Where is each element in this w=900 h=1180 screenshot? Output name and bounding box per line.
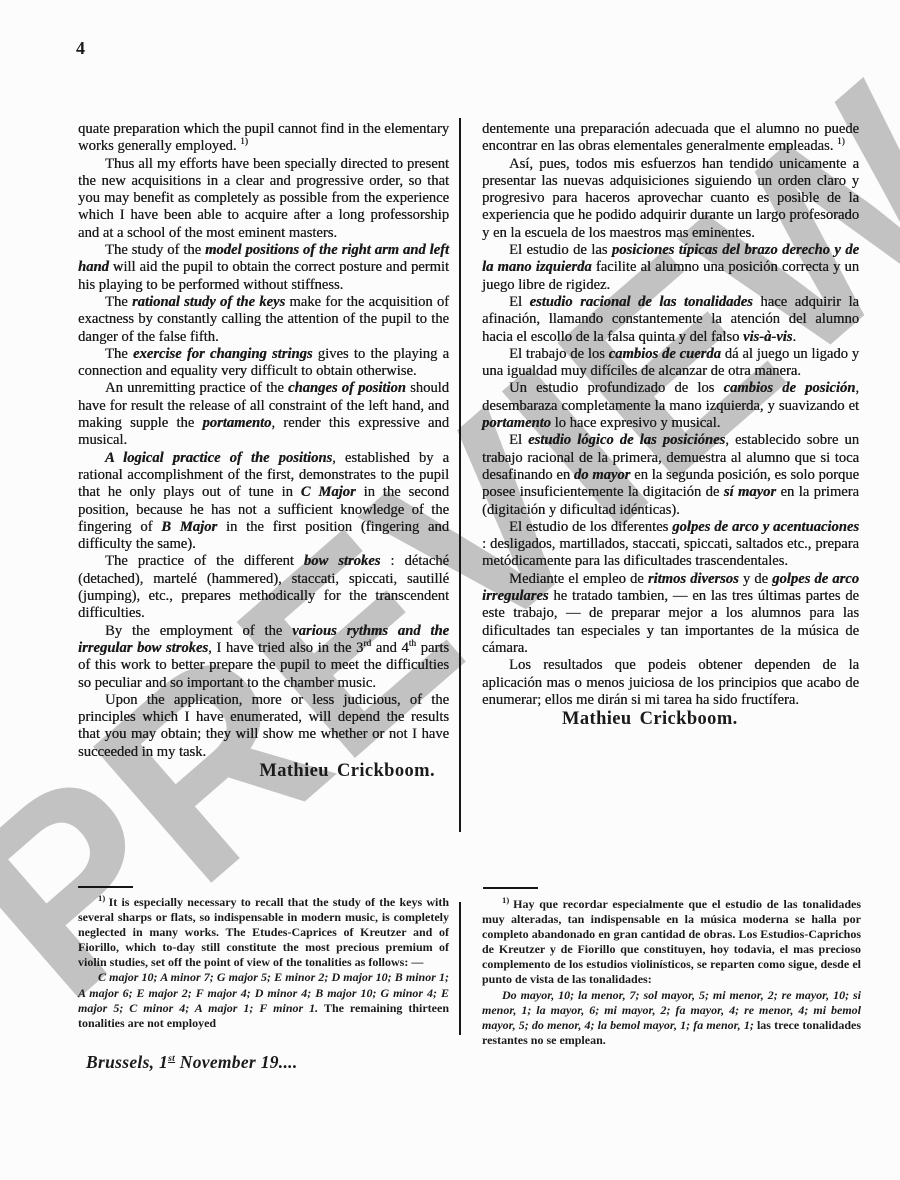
paragraph: 1) It is especially necessary to recall …	[78, 895, 449, 970]
footnote-english: 1) It is especially necessary to recall …	[78, 895, 449, 1031]
footnote-separator	[483, 887, 538, 889]
emphasis-text: A logical practice of the positions	[105, 450, 332, 466]
superscript-text: 1)	[98, 893, 109, 903]
emphasis-text: estudio lógico de las posiciónes	[528, 432, 725, 448]
text-run: dentemente una preparación adecuada que …	[482, 121, 859, 154]
spanish-column-paragraphs: dentemente una preparación adecuada que …	[482, 121, 859, 709]
text-run: Thus all my efforts have been specially …	[78, 156, 449, 241]
superscript-text: 1)	[502, 895, 513, 905]
paragraph: An unremitting practice of the changes o…	[78, 380, 449, 449]
superscript-text: rd	[363, 639, 371, 649]
emphasis-text: ritmos diversos	[648, 571, 739, 587]
text-run: , I have tried also in the 3	[208, 640, 363, 656]
emphasis-text: B Major	[161, 519, 217, 535]
text-run: The practice of the different	[105, 553, 304, 569]
text-run: Un estudio profundizado de los	[509, 380, 723, 396]
text-run: : desligados, martillados, staccati, spi…	[482, 536, 859, 569]
emphasis-text: do mayor	[574, 467, 630, 483]
column-divider-rule	[459, 118, 461, 832]
text-run: lo hace expresivo y musical.	[551, 415, 720, 431]
signature: Mathieu Crickboom.	[78, 763, 449, 780]
text-run: El	[509, 432, 528, 448]
text-run: It is especially necessary to recall tha…	[78, 895, 449, 969]
paragraph: Do mayor, 10; la menor, 7; sol mayor, 5;…	[482, 988, 861, 1048]
emphasis-text: portamento	[482, 415, 551, 431]
paragraph: The exercise for changing strings gives …	[78, 346, 449, 381]
footnote-separator	[78, 886, 133, 888]
emphasis-text: estudio racional de las tonalidades	[530, 294, 753, 310]
text-run: El estudio de los diferentes	[509, 519, 672, 535]
paragraph: By the employment of the various rythms …	[78, 623, 449, 692]
paragraph: 1) Hay que recordar especialmente que el…	[482, 897, 861, 988]
paragraph: Upon the application, more or less judic…	[78, 692, 449, 761]
text-run: Hay que recordar especialmente que el es…	[482, 897, 861, 986]
text-run: Brussels, 1	[86, 1052, 168, 1072]
page-number: 4	[76, 38, 85, 59]
text-run: quate preparation which the pupil cannot…	[78, 121, 449, 154]
text-run: November 19....	[175, 1052, 297, 1072]
text-run: The	[105, 294, 132, 310]
signature: Mathieu Crickboom.	[482, 711, 859, 728]
text-run: Así, pues, todos mis esfuerzos han tendi…	[482, 156, 859, 241]
paragraph: A logical practice of the positions, est…	[78, 450, 449, 554]
english-column-paragraphs: quate preparation which the pupil cannot…	[78, 121, 449, 761]
spanish-column: dentemente una preparación adecuada que …	[482, 121, 859, 728]
paragraph: Así, pues, todos mis esfuerzos han tendi…	[482, 156, 859, 242]
emphasis-text: changes of position	[288, 380, 406, 396]
paragraph: The rational study of the keys make for …	[78, 294, 449, 346]
text-run: Mediante el empleo de	[509, 571, 648, 587]
text-run: By the employment of the	[105, 623, 292, 639]
paragraph: Thus all my efforts have been specially …	[78, 156, 449, 242]
emphasis-text: C Major	[301, 484, 356, 500]
paragraph: El estudio lógico de las posiciónes, est…	[482, 432, 859, 518]
superscript-text: 1)	[837, 137, 845, 147]
emphasis-text: cambios de posición	[723, 380, 855, 396]
text-run: The study of the	[105, 242, 205, 258]
text-run: y de	[739, 571, 772, 587]
text-run: The	[105, 346, 133, 362]
text-run: will aid the pupil to obtain the correct…	[78, 259, 449, 292]
paragraph: El estudio racional de las tonalidades h…	[482, 294, 859, 346]
emphasis-text: exercise for changing strings	[133, 346, 313, 362]
page-content: 4 quate preparation which the pupil cann…	[0, 0, 900, 1180]
paragraph: El estudio de las posiciones típicas del…	[482, 242, 859, 294]
footnote-divider-rule	[459, 902, 461, 1035]
paragraph: The practice of the different bow stroke…	[78, 553, 449, 622]
dateline: Brussels, 1st November 19....	[86, 1052, 298, 1073]
paragraph: El estudio de los diferentes golpes de a…	[482, 519, 859, 571]
emphasis-text: sí mayor	[724, 484, 776, 500]
emphasis-text: vis-à-vis	[743, 329, 792, 345]
document-page: PREVIEW 4 quate preparation which the pu…	[0, 0, 900, 1180]
emphasis-text: portamento	[202, 415, 271, 431]
paragraph: quate preparation which the pupil cannot…	[78, 121, 449, 156]
superscript-text: 1)	[240, 137, 248, 147]
text-run: Upon the application, more or less judic…	[78, 692, 449, 760]
text-run: Los resultados que podeis obtener depend…	[482, 657, 859, 708]
emphasis-text: rational study of the keys	[132, 294, 285, 310]
text-run: An unremitting practice of the	[105, 380, 288, 396]
footnote-spanish: 1) Hay que recordar especialmente que el…	[482, 897, 861, 1048]
english-column: quate preparation which the pupil cannot…	[78, 121, 449, 780]
paragraph: dentemente una preparación adecuada que …	[482, 121, 859, 156]
text-run: El trabajo de los	[509, 346, 609, 362]
paragraph: El trabajo de los cambios de cuerda dá a…	[482, 346, 859, 381]
text-run: El	[509, 294, 530, 310]
text-run: and 4	[371, 640, 409, 656]
text-run: El estudio de las	[509, 242, 612, 258]
paragraph: The study of the model positions of the …	[78, 242, 449, 294]
emphasis-text: bow strokes	[304, 553, 381, 569]
paragraph: Mediante el empleo de ritmos diversos y …	[482, 571, 859, 657]
paragraph: Un estudio profundizado de los cambios d…	[482, 380, 859, 432]
emphasis-text: cambios de cuerda	[609, 346, 721, 362]
paragraph: Los resultados que podeis obtener depend…	[482, 657, 859, 709]
superscript-text: th	[409, 639, 416, 649]
paragraph: C major 10; A minor 7; G major 5; E mino…	[78, 970, 449, 1030]
text-run: .	[792, 329, 796, 345]
emphasis-text: golpes de arco y acentuaciones	[672, 519, 859, 535]
